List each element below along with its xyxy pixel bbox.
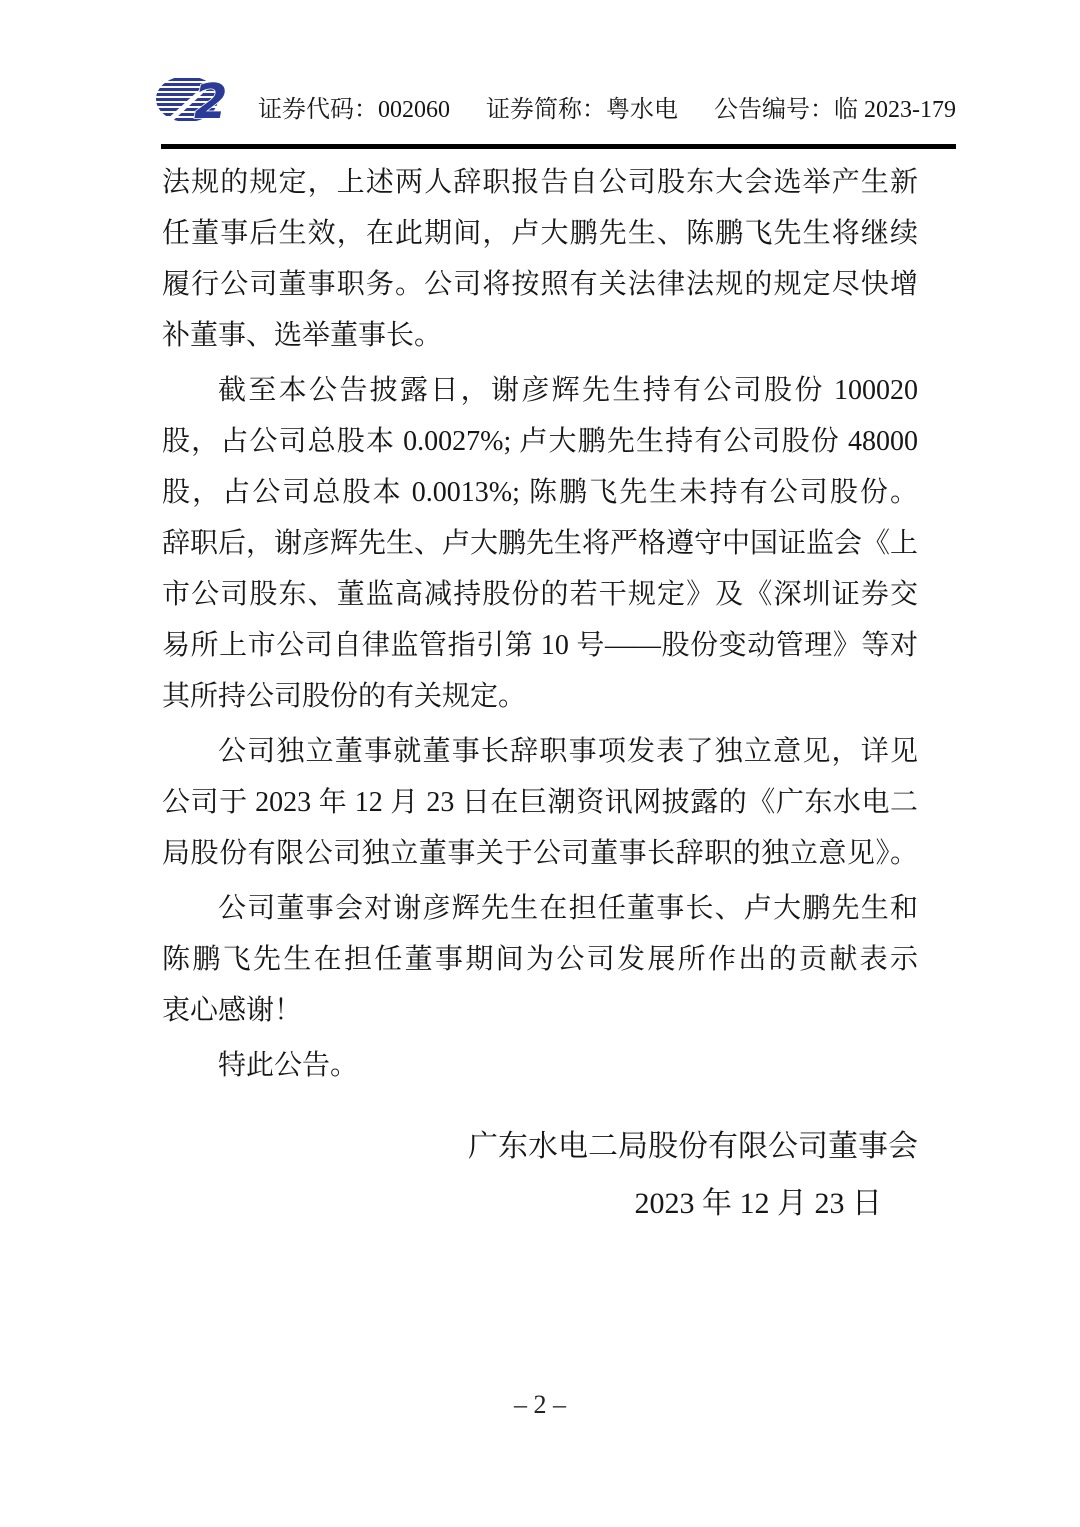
body-line: 公司于 2023 年 12 月 23 日在巨潮资讯网披露的《广东水电二 bbox=[162, 777, 918, 828]
announcement-number-label: 公告编号：临 2023-179 bbox=[714, 94, 956, 126]
body-line: 衷心感谢！ bbox=[162, 985, 918, 1036]
page-footer: – 2 – bbox=[0, 1385, 1080, 1425]
header-divider bbox=[161, 144, 956, 149]
body-line: 市公司股东、董监高减持股份的若干规定》及《深圳证券交 bbox=[162, 569, 918, 620]
signature-date: 2023 年 12 月 23 日 bbox=[162, 1175, 918, 1232]
body-line: 辞职后，谢彦辉先生、卢大鹏先生将严格遵守中国证监会《上 bbox=[162, 518, 918, 569]
body-line: 履行公司董事职务。公司将按照有关法律法规的规定尽快增 bbox=[162, 259, 918, 310]
body-line: 局股份有限公司独立董事关于公司董事长辞职的独立意见》。 bbox=[162, 828, 918, 879]
signature-company: 广东水电二局股份有限公司董事会 bbox=[162, 1118, 918, 1175]
body-line: 股，占公司总股本 0.0027%; 卢大鹏先生持有公司股份 48000 bbox=[162, 416, 918, 467]
body-line: 补董事、选举董事长。 bbox=[162, 310, 918, 361]
body-line: 任董事后生效，在此期间，卢大鹏先生、陈鹏飞先生将继续 bbox=[162, 208, 918, 259]
body-line: 股，占公司总股本 0.0013%; 陈鹏飞先生未持有公司股份。 bbox=[162, 467, 918, 518]
stock-abbr-label: 证券简称：粤水电 bbox=[486, 94, 678, 126]
announcement-body: 法规的规定，上述两人辞职报告自公司股东大会选举产生新 任董事后生效，在此期间，卢… bbox=[162, 157, 918, 1091]
body-line: 法规的规定，上述两人辞职报告自公司股东大会选举产生新 bbox=[162, 157, 918, 208]
signature-block: 广东水电二局股份有限公司董事会 2023 年 12 月 23 日 bbox=[162, 1118, 918, 1232]
body-line: 特此公告。 bbox=[162, 1040, 918, 1091]
page-number: – 2 – bbox=[514, 1390, 566, 1419]
stock-code-label: 证券代码：002060 bbox=[258, 94, 450, 126]
header-meta-row: 证券代码：002060 证券简称：粤水电 公告编号：临 2023-179 bbox=[162, 94, 956, 126]
body-line: 截至本公告披露日，谢彦辉先生持有公司股份 100020 bbox=[162, 365, 918, 416]
body-line: 易所上市公司自律监管指引第 10 号——股份变动管理》等对 bbox=[162, 620, 918, 671]
body-line: 其所持公司股份的有关规定。 bbox=[162, 671, 918, 722]
body-line: 公司董事会对谢彦辉先生在担任董事长、卢大鹏先生和 bbox=[162, 883, 918, 934]
document-page: 2 证券代码：002060 证券简称：粤水电 公告编号：临 2023-179 法… bbox=[0, 0, 1080, 1527]
body-line: 陈鹏飞先生在担任董事期间为公司发展所作出的贡献表示 bbox=[162, 934, 918, 985]
body-line: 公司独立董事就董事长辞职事项发表了独立意见，详见 bbox=[162, 726, 918, 777]
